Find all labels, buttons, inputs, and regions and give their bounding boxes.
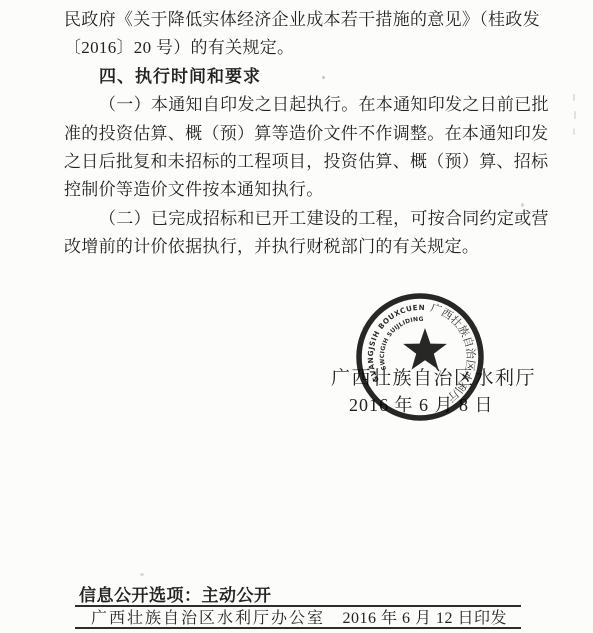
- scan-speck: [521, 203, 524, 207]
- scan-speck: [322, 76, 325, 79]
- document-body: 民政府《关于降低实体经济企业成本若干措施的意见》（桂政发 〔2016〕20 号）…: [64, 6, 536, 262]
- footer-print-date: 2016 年 6 月 12 日印发: [342, 605, 507, 628]
- disclosure-option-line: 信息公开选项：主动公开: [79, 581, 272, 606]
- body-line: 〔2016〕20 号）的有关规定。: [64, 34, 536, 62]
- scan-speck: [573, 128, 575, 135]
- scan-speck: [574, 111, 576, 119]
- body-line: 民政府《关于降低实体经济企业成本若干措施的意见》（桂政发: [64, 6, 536, 34]
- section-heading: 四、执行时间和要求: [64, 63, 536, 91]
- scanned-document-page: 民政府《关于降低实体经济企业成本若干措施的意见》（桂政发 〔2016〕20 号）…: [0, 0, 593, 633]
- body-line: （二）已完成招标和已开工建设的工程，可按合同约定或营: [64, 205, 536, 233]
- body-line: （一）本通知自印发之日起执行。在本通知印发之日前已批: [64, 91, 536, 119]
- body-line: 控制价等造价文件按本通知执行。: [64, 176, 536, 204]
- body-line: 之日后批复和未招标的工程项目，投资估算、概（预）算、招标: [64, 148, 536, 176]
- official-seal: GVANGJSIH BOUXCUENGH SWCIGIH SUIJLIDINGH…: [353, 290, 487, 424]
- body-line: 改增前的计价依据执行，并执行财税部门的有关规定。: [64, 233, 536, 261]
- seal-star-icon: [403, 328, 447, 370]
- footer-issuer: 广西壮族自治区水利厅办公室: [91, 605, 325, 628]
- body-line: 准的投资估算、概（预）算等造价文件不作调整。在本通知印发: [64, 120, 536, 148]
- footer-divider-bottom: [75, 627, 521, 629]
- scan-speck: [573, 94, 575, 101]
- scan-speck: [140, 573, 144, 576]
- footer-row: 广西壮族自治区水利厅办公室 2016 年 6 月 12 日印发: [75, 607, 521, 627]
